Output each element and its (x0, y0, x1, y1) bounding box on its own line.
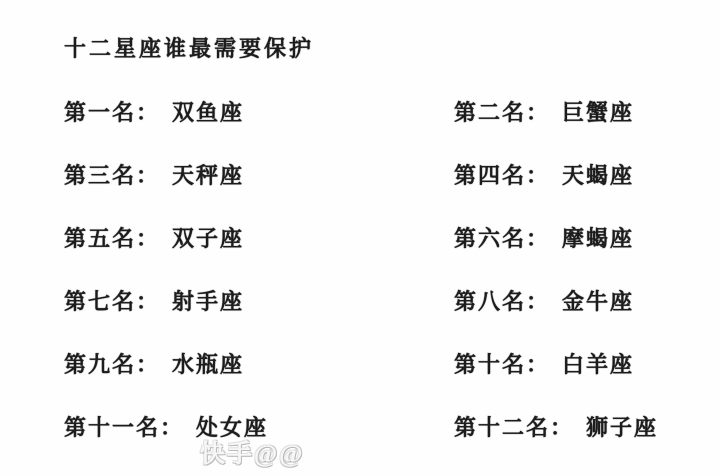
ranking-item: 第十二名：狮子座 (454, 411, 684, 435)
zodiac-sign-name: 白羊座 (562, 348, 634, 379)
rank-label: 第五名： (64, 222, 160, 253)
zodiac-sign-name: 双子座 (172, 222, 244, 253)
zodiac-sign-name: 双鱼座 (172, 96, 244, 127)
rank-label: 第七名： (64, 285, 160, 316)
zodiac-sign-name: 狮子座 (586, 411, 658, 442)
rankings-grid: 第一名：双鱼座第二名：巨蟹座第三名：天秤座第四名：天蝎座第五名：双子座第六名：摩… (64, 96, 684, 435)
rank-label: 第十名： (454, 348, 550, 379)
zodiac-sign-name: 射手座 (172, 285, 244, 316)
ranking-item: 第九名：水瓶座 (64, 348, 454, 372)
page-title: 十二星座谁最需要保护 (64, 32, 314, 63)
ranking-item: 第八名：金牛座 (454, 285, 684, 309)
ranking-item: 第六名：摩蝎座 (454, 222, 684, 246)
rank-label: 第十一名： (64, 411, 184, 442)
ranking-item: 第二名：巨蟹座 (454, 96, 684, 120)
rank-label: 第十二名： (454, 411, 574, 442)
zodiac-sign-name: 摩蝎座 (562, 222, 634, 253)
watermark: 快手@@ (200, 434, 305, 470)
ranking-item: 第十一名：处女座 (64, 411, 454, 435)
zodiac-sign-name: 金牛座 (562, 285, 634, 316)
ranking-item: 第五名：双子座 (64, 222, 454, 246)
rank-label: 第九名： (64, 348, 160, 379)
document-page: 十二星座谁最需要保护 第一名：双鱼座第二名：巨蟹座第三名：天秤座第四名：天蝎座第… (0, 0, 720, 476)
ranking-item: 第三名：天秤座 (64, 159, 454, 183)
rank-label: 第三名： (64, 159, 160, 190)
rank-label: 第六名： (454, 222, 550, 253)
ranking-item: 第七名：射手座 (64, 285, 454, 309)
rank-label: 第八名： (454, 285, 550, 316)
ranking-item: 第十名：白羊座 (454, 348, 684, 372)
zodiac-sign-name: 水瓶座 (172, 348, 244, 379)
ranking-item: 第四名：天蝎座 (454, 159, 684, 183)
zodiac-sign-name: 天秤座 (172, 159, 244, 190)
rank-label: 第一名： (64, 96, 160, 127)
zodiac-sign-name: 天蝎座 (562, 159, 634, 190)
rank-label: 第四名： (454, 159, 550, 190)
rank-label: 第二名： (454, 96, 550, 127)
ranking-item: 第一名：双鱼座 (64, 96, 454, 120)
zodiac-sign-name: 巨蟹座 (562, 96, 634, 127)
